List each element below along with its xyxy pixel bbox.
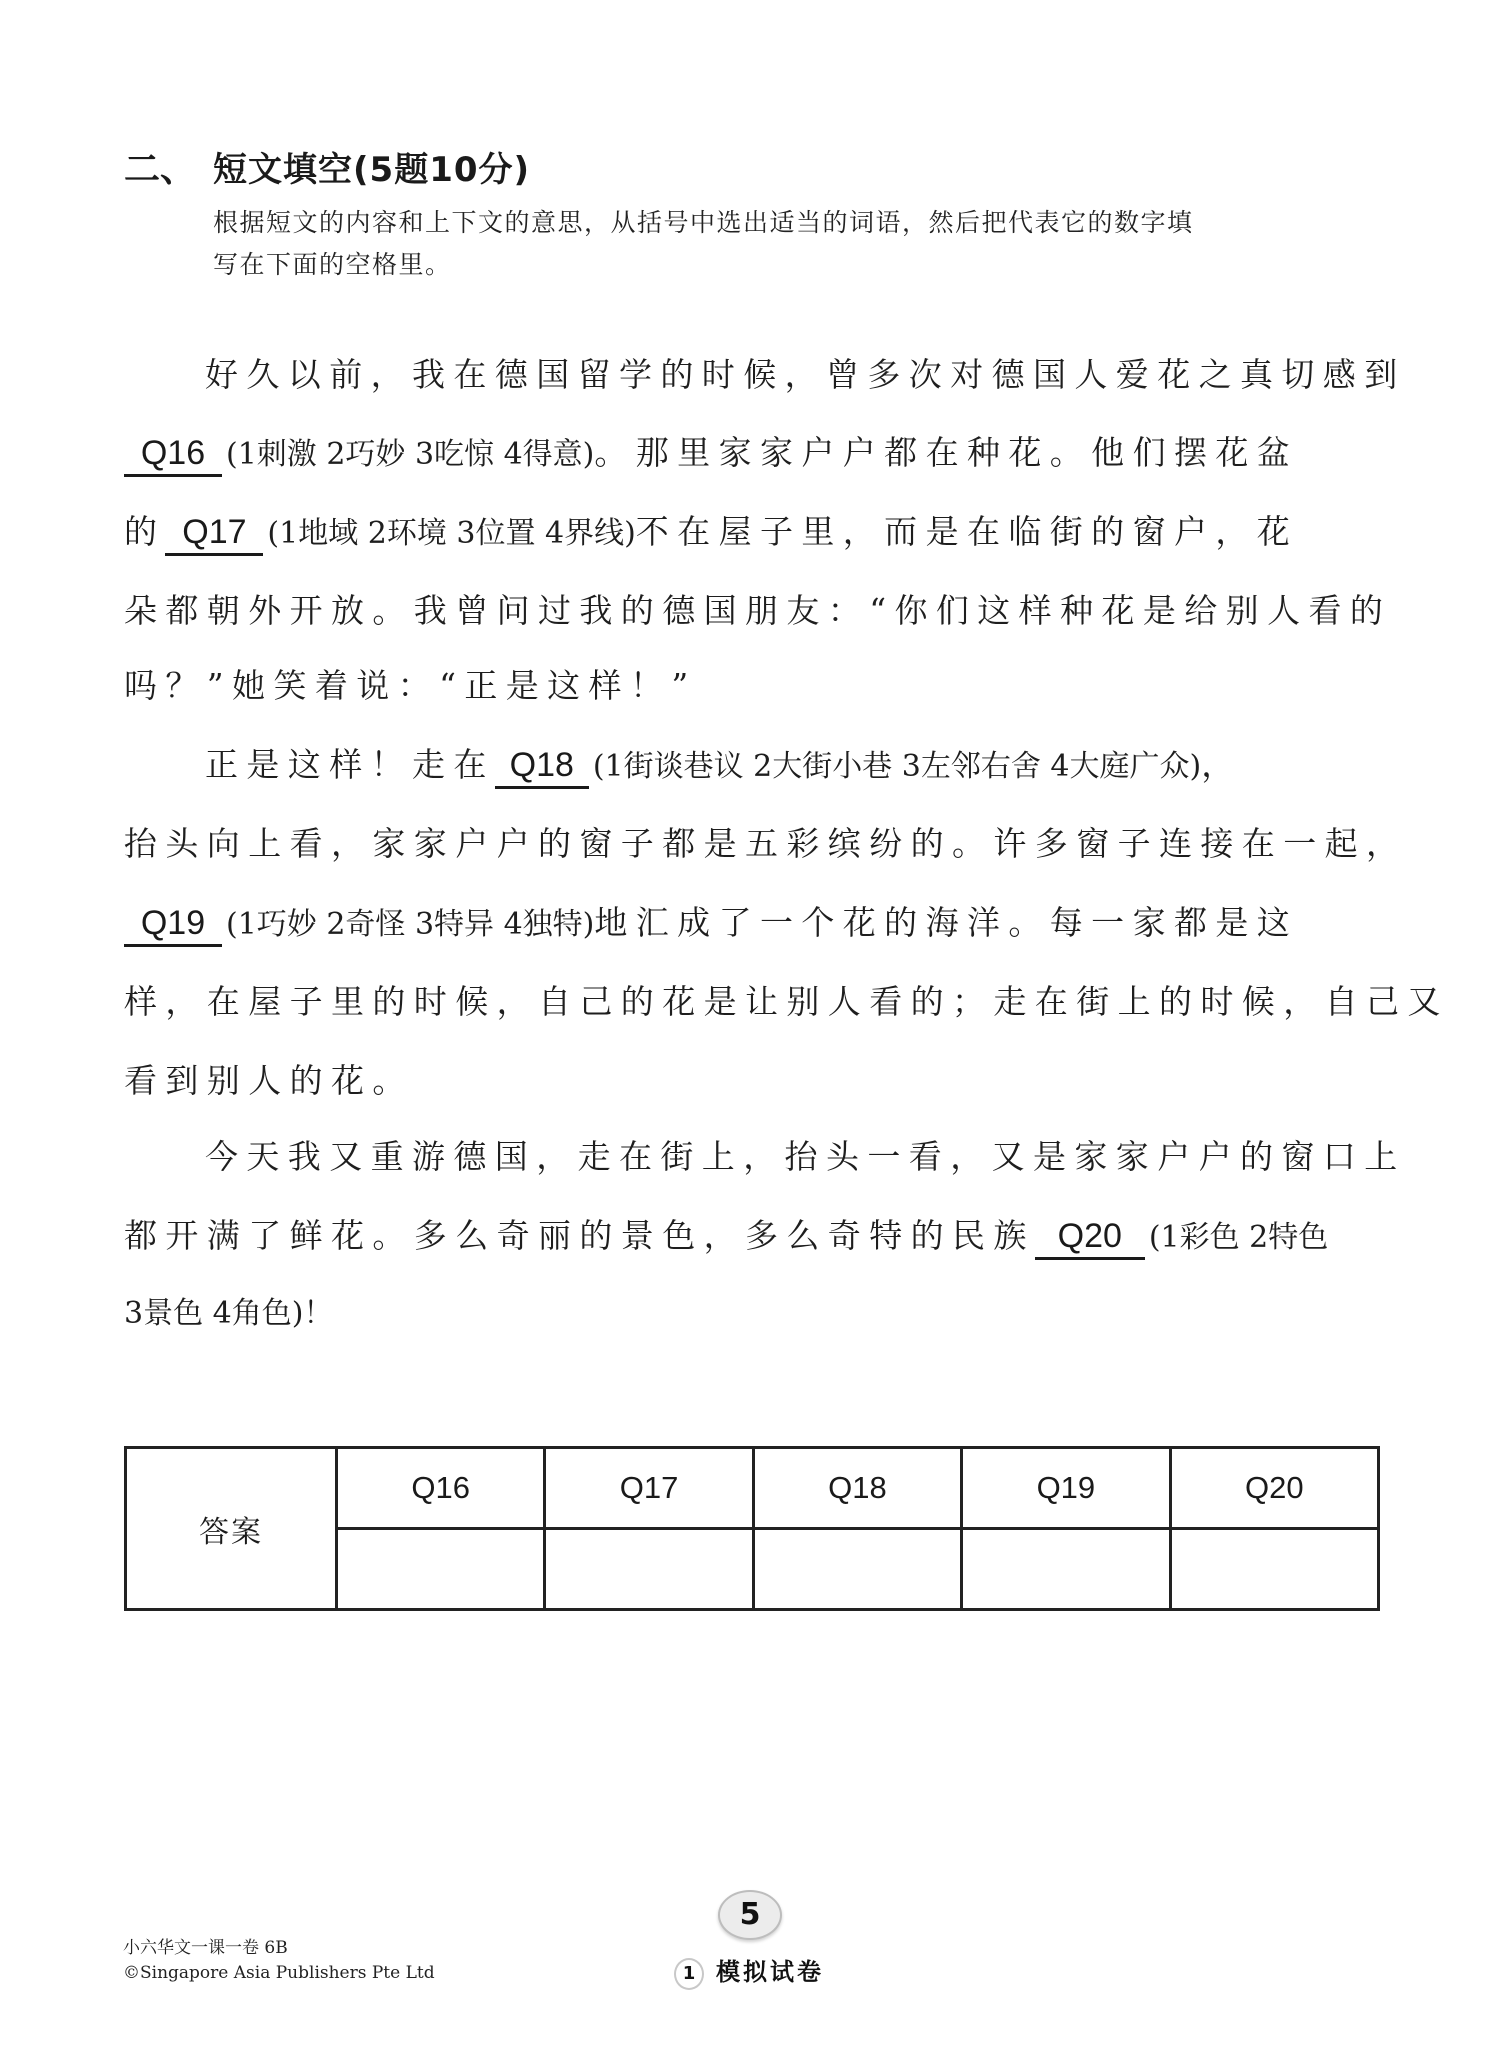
passage-text: 不在屋子里，而是在临街的窗户，花 [636, 512, 1298, 551]
options-q20-cont: 3景色 4角色)！ [124, 1296, 333, 1331]
blank-q20[interactable]: Q20 [1035, 1217, 1145, 1260]
passage-text: 都开满了鲜花。多么奇丽的景色，多么奇特的民族 [124, 1216, 1035, 1255]
section-number: 二、 [124, 148, 196, 192]
options-q18: (1街谈巷议 2大街小巷 3左邻右舍 4大庭广众) [593, 749, 1201, 784]
options-q19: (1巧妙 2奇怪 3特异 4独特) [226, 907, 594, 942]
passage-text: ， [1201, 745, 1242, 784]
blank-q19[interactable]: Q19 [124, 904, 222, 947]
answer-label: 答案 [126, 1448, 337, 1610]
options-q17: (1地域 2环境 3位置 4界线) [267, 516, 635, 551]
instruction-line-1: 根据短文的内容和上下文的意思，从括号中选出适当的词语，然后把代表它的数字填 [213, 207, 1194, 239]
answer-header-q17: Q17 [545, 1448, 753, 1529]
passage-text: 。那里家家户户都在种花。他们摆花盆 [594, 433, 1298, 472]
answer-cell-q19[interactable] [962, 1529, 1170, 1610]
section-title: 短文填空(5题10分) [213, 148, 530, 192]
answer-header-q19: Q19 [962, 1448, 1170, 1529]
blank-q18[interactable]: Q18 [495, 746, 589, 789]
passage-line: 朵都朝外开放。我曾问过我的德国朋友：“你们这样种花是给别人看的 [124, 589, 1391, 633]
answer-cell-q18[interactable] [753, 1529, 961, 1610]
answer-table: 答案 Q16 Q17 Q18 Q19 Q20 [124, 1446, 1380, 1611]
passage-line: 吗？”她笑着说：“正是这样！” [124, 664, 697, 708]
passage-line: 今天我又重游德国，走在街上，抬头一看，又是家家户户的窗口上 [205, 1135, 1406, 1179]
options-q20: (1彩色 2特色 [1149, 1220, 1328, 1255]
answer-cell-q17[interactable] [545, 1529, 753, 1610]
passage-line: 看到别人的花。 [124, 1059, 414, 1103]
passage-line: 好久以前，我在德国留学的时候，曾多次对德国人爱花之真切感到 [205, 353, 1406, 397]
passage-line: 样，在屋子里的时候，自己的花是让别人看的；走在街上的时候，自己又 [124, 980, 1449, 1024]
page-number-badge: 5 [718, 1890, 782, 1940]
passage-text: 朵都朝外开放。我曾问过我的德国朋友：“你们这样种花是给别人看的 [124, 591, 1391, 630]
answer-cell-q16[interactable] [337, 1529, 545, 1610]
options-q16: (1刺激 2巧妙 3吃惊 4得意) [226, 437, 594, 472]
passage-text: 抬头向上看，家家户户的窗子都是五彩缤纷的。许多窗子连接在一起， [124, 824, 1407, 863]
paper-label: 模拟试卷 [716, 1955, 824, 1989]
passage-line: Q19(1巧妙 2奇怪 3特异 4独特)地汇成了一个花的海洋。每一家都是这 [124, 901, 1298, 947]
passage-text: 地汇成了一个花的海洋。每一家都是这 [594, 903, 1298, 942]
answer-header-q16: Q16 [337, 1448, 545, 1529]
answer-cell-q20[interactable] [1170, 1529, 1378, 1610]
passage-line: 抬头向上看，家家户户的窗子都是五彩缤纷的。许多窗子连接在一起， [124, 822, 1407, 866]
passage-line: 都开满了鲜花。多么奇丽的景色，多么奇特的民族Q20(1彩色 2特色 [124, 1214, 1328, 1260]
answer-header-q18: Q18 [753, 1448, 961, 1529]
blank-q17[interactable]: Q17 [165, 513, 263, 556]
blank-q16[interactable]: Q16 [124, 434, 222, 477]
passage-text: 好久以前，我在德国留学的时候，曾多次对德国人爱花之真切感到 [205, 355, 1406, 394]
passage-line: 正是这样！走在Q18(1街谈巷议 2大街小巷 3左邻右舍 4大庭广众)， [205, 743, 1243, 789]
passage-text: 样，在屋子里的时候，自己的花是让别人看的；走在街上的时候，自己又 [124, 982, 1449, 1021]
passage-text: 看到别人的花。 [124, 1061, 414, 1100]
paper-number-circle: 1 [674, 1958, 704, 1990]
passage-text: 正是这样！走在 [205, 745, 495, 784]
passage-line: 3景色 4角色)！ [124, 1290, 333, 1336]
instruction-line-2: 写在下面的空格里。 [213, 249, 452, 281]
passage-text: 的 [124, 512, 165, 551]
passage-text: 今天我又重游德国，走在街上，抬头一看，又是家家户户的窗口上 [205, 1137, 1406, 1176]
passage-line: Q16(1刺激 2巧妙 3吃惊 4得意)。那里家家户户都在种花。他们摆花盆 [124, 431, 1298, 477]
copyright: ©Singapore Asia Publishers Pte Ltd [123, 1961, 435, 1985]
answer-header-q20: Q20 [1170, 1448, 1378, 1529]
passage-line: 的Q17(1地域 2环境 3位置 4界线)不在屋子里，而是在临街的窗户，花 [124, 510, 1298, 556]
passage-text: 吗？”她笑着说：“正是这样！” [124, 666, 697, 705]
book-title: 小六华文一课一卷 6B [123, 1936, 288, 1960]
